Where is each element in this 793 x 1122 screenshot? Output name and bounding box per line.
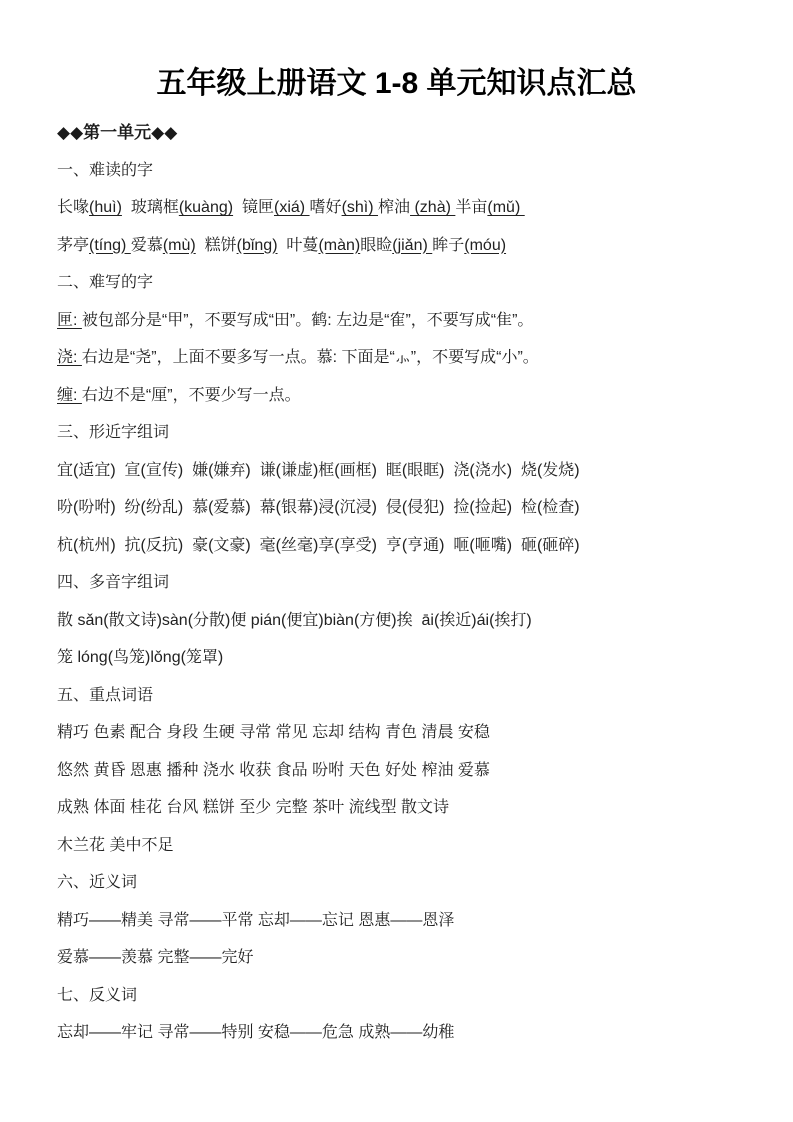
text-segment: (móu) <box>464 237 506 254</box>
text-segment: 半亩 <box>455 199 487 216</box>
text-segment: (xiá) <box>274 199 310 216</box>
document-title: 五年级上册语文 1-8 单元知识点汇总 <box>57 64 736 104</box>
text-segment: 茅亭 <box>57 237 89 254</box>
text-segment: 吩(吩咐) 纷(纷乱) 慕(爱慕) 幕(银幕)浸(沉浸) 侵(侵犯) 捡(捡起)… <box>57 499 580 516</box>
text-line: 精巧——精美 寻常——平常 忘却——忘记 恩惠——恩泽 <box>57 902 736 940</box>
text-segment: 榨油 <box>378 199 410 216</box>
text-segment: 缠: <box>57 387 82 404</box>
section-heading: 七、反义词 <box>57 977 736 1015</box>
text-segment: 匣: <box>57 312 82 329</box>
text-line: 匣: 被包部分是“甲”，不要写成“田”。鹤: 左边是“隺”，不要写成“隹”。 <box>57 302 736 340</box>
text-segment: 杭(杭州) 抗(反抗) 豪(文豪) 毫(丝毫)享(享受) 亨(亨通) 咂(咂嘴)… <box>57 537 580 554</box>
text-segment: 笼 lóng(鸟笼)lǒng(笼罩) <box>57 649 223 666</box>
text-segment: 散 sǎn(散文诗)sàn(分散)便 pián(便宜)biàn(方便)挨 āi(… <box>57 612 532 629</box>
text-segment: 爱慕——羡慕 完整——完好 <box>57 949 253 966</box>
text-line: 长喙(huì) 玻璃框(kuàng) 镜匣(xiá) 嗜好(shì) 榨油 (z… <box>57 189 736 227</box>
text-segment: 眸子 <box>432 237 464 254</box>
section-heading: 二、难写的字 <box>57 264 736 302</box>
text-segment: 玻璃框 <box>131 199 179 216</box>
text-segment: 精巧 色素 配合 身段 生硬 寻常 常见 忘却 结构 青色 清晨 安稳 <box>57 724 490 741</box>
text-segment: 右边是“尧”，上面不要多写一点。慕: 下面是“⺗”，不要写成“小”。 <box>82 349 539 366</box>
text-segment: 长喙 <box>57 199 89 216</box>
text-line: 忘却——牢记 寻常——特别 安稳——危急 成熟——幼稚 <box>57 1014 736 1052</box>
document-page: 五年级上册语文 1-8 单元知识点汇总 ◆◆第一单元◆◆ 一、难读的字长喙(hu… <box>0 0 793 1122</box>
text-segment: 糕饼 <box>205 237 237 254</box>
text-segment <box>233 199 242 216</box>
text-segment <box>122 199 131 216</box>
text-segment: 悠然 黄昏 恩惠 播种 浇水 收获 食品 吩咐 天色 好处 榨油 爱慕 <box>57 762 490 779</box>
section-heading: 五、重点词语 <box>57 677 736 715</box>
text-segment <box>196 237 205 254</box>
text-line: 浇: 右边是“尧”，上面不要多写一点。慕: 下面是“⺗”，不要写成“小”。 <box>57 339 736 377</box>
section-heading: 三、形近字组词 <box>57 414 736 452</box>
text-segment: (zhà) <box>410 199 455 216</box>
text-line: 精巧 色素 配合 身段 生硬 寻常 常见 忘却 结构 青色 清晨 安稳 <box>57 714 736 752</box>
text-segment: 成熟 体面 桂花 台风 糕饼 至少 完整 茶叶 流线型 散文诗 <box>57 799 449 816</box>
text-segment: 右边不是“厘”，不要少写一点。 <box>82 387 301 404</box>
section-heading: 六、近义词 <box>57 864 736 902</box>
text-line: 吩(吩咐) 纷(纷乱) 慕(爱慕) 幕(银幕)浸(沉浸) 侵(侵犯) 捡(捡起)… <box>57 489 736 527</box>
text-segment: 眼睑 <box>360 237 392 254</box>
text-segment: (kuàng) <box>179 199 233 216</box>
text-line: 悠然 黄昏 恩惠 播种 浇水 收获 食品 吩咐 天色 好处 榨油 爱慕 <box>57 752 736 790</box>
text-segment: (tíng) <box>89 237 131 254</box>
document-body: 一、难读的字长喙(huì) 玻璃框(kuàng) 镜匣(xiá) 嗜好(shì)… <box>57 152 736 1052</box>
text-segment: 宜(适宜) 宣(宣传) 嫌(嫌弃) 谦(谦虚)框(画框) 眶(眼眶) 浇(浇水)… <box>57 462 580 479</box>
unit-heading: ◆◆第一单元◆◆ <box>57 114 736 152</box>
text-segment: 木兰花 美中不足 <box>57 837 173 854</box>
text-segment: 嗜好 <box>310 199 342 216</box>
text-line: 缠: 右边不是“厘”，不要少写一点。 <box>57 377 736 415</box>
text-segment: 精巧——精美 寻常——平常 忘却——忘记 恩惠——恩泽 <box>57 912 454 929</box>
text-segment: (mǔ) <box>487 199 524 216</box>
text-segment: (huì) <box>89 199 122 216</box>
text-segment: (jiǎn) <box>392 237 432 254</box>
text-segment: (shì) <box>342 199 378 216</box>
text-line: 爱慕——羡慕 完整——完好 <box>57 939 736 977</box>
text-line: 茅亭(tíng) 爱慕(mù) 糕饼(bǐng) 叶蔓(màn)眼睑(jiǎn)… <box>57 227 736 265</box>
text-segment: (mù) <box>163 237 196 254</box>
text-line: 木兰花 美中不足 <box>57 827 736 865</box>
text-line: 杭(杭州) 抗(反抗) 豪(文豪) 毫(丝毫)享(享受) 亨(亨通) 咂(咂嘴)… <box>57 527 736 565</box>
text-segment: 叶蔓 <box>286 237 318 254</box>
text-line: 笼 lóng(鸟笼)lǒng(笼罩) <box>57 639 736 677</box>
text-segment: 爱慕 <box>131 237 163 254</box>
text-line: 成熟 体面 桂花 台风 糕饼 至少 完整 茶叶 流线型 散文诗 <box>57 789 736 827</box>
text-segment: 浇: <box>57 349 82 366</box>
text-segment: (màn) <box>318 237 360 254</box>
text-line: 宜(适宜) 宣(宣传) 嫌(嫌弃) 谦(谦虚)框(画框) 眶(眼眶) 浇(浇水)… <box>57 452 736 490</box>
text-segment: 镜匣 <box>242 199 274 216</box>
text-line: 散 sǎn(散文诗)sàn(分散)便 pián(便宜)biàn(方便)挨 āi(… <box>57 602 736 640</box>
section-heading: 一、难读的字 <box>57 152 736 190</box>
section-heading: 四、多音字组词 <box>57 564 736 602</box>
text-segment: 被包部分是“甲”，不要写成“田”。鹤: 左边是“隺”，不要写成“隹”。 <box>82 312 534 329</box>
text-segment: 忘却——牢记 寻常——特别 安稳——危急 成熟——幼稚 <box>57 1024 454 1041</box>
text-segment: (bǐng) <box>237 237 278 254</box>
